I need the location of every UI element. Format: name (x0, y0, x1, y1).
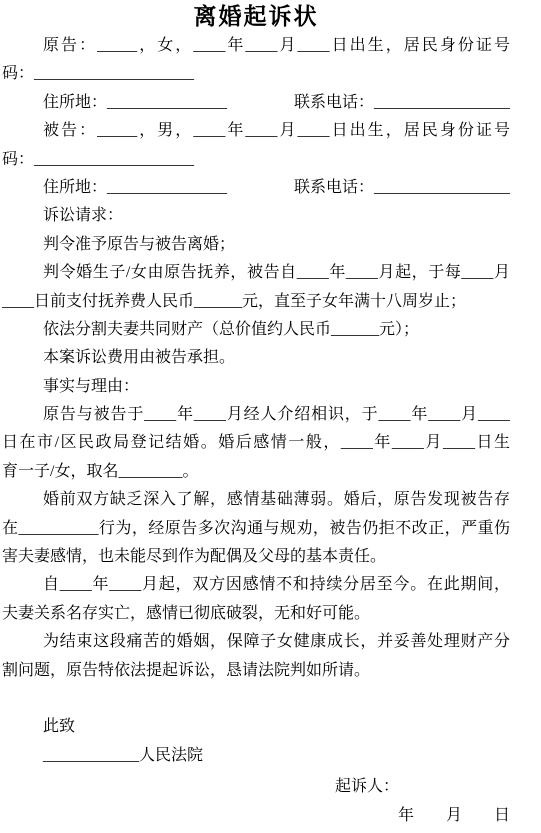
facts-para3-line2: 夫妻关系名存实亡，感情已彻底破裂，无和好可能。 (2, 600, 510, 628)
plaintiff-id-line: 码：____________________ (2, 60, 510, 88)
closing-salutation: 此致 (2, 713, 510, 741)
defendant-address-field: 住所地：_______________ (43, 174, 227, 202)
facts-para2-line2: 在__________行为，经原告多次沟通与规劝，被告仍拒不改正，严重伤 (2, 515, 510, 543)
spacer-line (2, 685, 510, 713)
facts-para2-line3: 害夫妻感情，也未能尽到作为配偶及父母的基本责任。 (2, 543, 510, 571)
signature-date-line: 年 月 日 (2, 802, 510, 830)
plaintiff-phone-field: 联系电话：_________________ (294, 89, 510, 117)
defendant-id-line: 码：____________________ (2, 146, 510, 174)
claim-divorce: 判令准予原告与被告离婚； (2, 231, 510, 259)
facts-para1-line1: 原告与被告于____年____月经人介绍相识，于____年____月____ (2, 401, 510, 429)
facts-heading: 事实与理由： (2, 373, 510, 401)
facts-para4-line1: 为结束这段痛苦的婚姻，保障子女健康成长，并妥善处理财产分 (2, 628, 510, 656)
plaintiff-info-line1: 原告：_____，女，____年____月____日出生，居民身份证号 (2, 32, 510, 60)
claim-property: 依法分割夫妻共同财产（总价值约人民币______元）； (2, 316, 510, 344)
facts-para4-line2: 割问题，原告特依法提起诉讼，恳请法院判如所请。 (2, 657, 510, 685)
closing-court-line: ____________人民法院 (2, 742, 510, 770)
defendant-contact-line: 住所地：_______________ 联系电话：_______________… (2, 174, 510, 202)
document-title: 离婚起诉状 (2, 1, 510, 32)
facts-para1-line3: 育一子/女，取名________。 (2, 458, 510, 486)
claims-heading: 诉讼请求： (2, 202, 510, 230)
plaintiff-contact-line: 住所地：_______________ 联系电话：_______________… (2, 89, 510, 117)
claim-costs: 本案诉讼费用由被告承担。 (2, 344, 510, 372)
facts-para2-line1: 婚前双方缺乏深入了解，感情基础薄弱。婚后，原告发现被告存 (2, 486, 510, 514)
plaintiff-address-field: 住所地：_______________ (43, 89, 227, 117)
document-page: 离婚起诉状 原告：_____，女，____年____月____日出生，居民身份证… (0, 0, 541, 833)
facts-para1-line2: 日在市/区民政局登记结婚。婚后感情一般，____年____月____日生 (2, 429, 510, 457)
claim-custody-line1: 判令婚生子/女由原告抚养，被告自____年____月起，于每____月 (2, 259, 510, 287)
document-content: 离婚起诉状 原告：_____，女，____年____月____日出生，居民身份证… (2, 1, 510, 830)
defendant-info-line1: 被告：_____，男，____年____月____日出生，居民身份证号 (2, 117, 510, 145)
claim-custody-line2: ____日前支付抚养费人民币______元，直至子女年满十八周岁止； (2, 288, 510, 316)
defendant-phone-field: 联系电话：_________________ (294, 174, 510, 202)
signature-label: 起诉人： (2, 773, 510, 801)
facts-para3-line1: 自____年____月起，双方因感情不和持续分居至今。在此期间， (2, 571, 510, 599)
